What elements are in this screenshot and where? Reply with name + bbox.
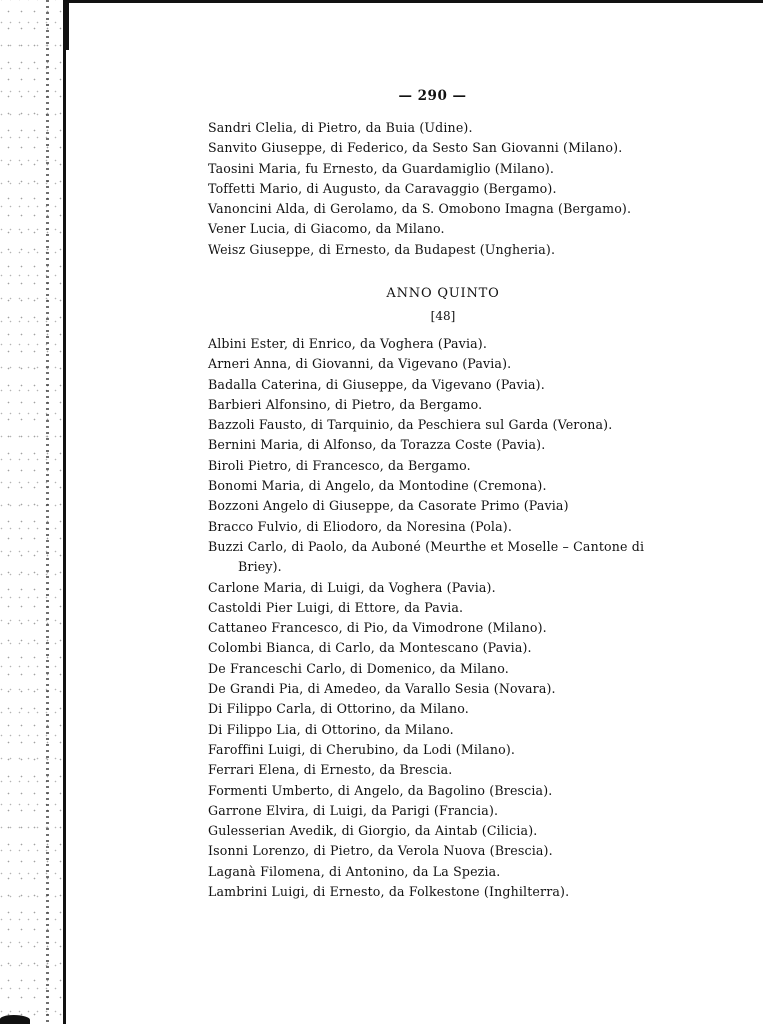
section-heading: ANNO QUINTO [208, 286, 678, 301]
list-item: Taosini Maria, fu Ernesto, da Guardamigl… [208, 159, 678, 179]
list-item: Bozzoni Angelo di Giuseppe, da Casorate … [208, 496, 678, 516]
scan-margin-noise [0, 0, 62, 1024]
list-item: Gulesserian Avedik, di Giorgio, da Ainta… [208, 821, 678, 841]
list-item: Ferrari Elena, di Ernesto, da Brescia. [208, 760, 678, 780]
page-edge-left-corner [63, 2, 69, 50]
list-item: Weisz Giuseppe, di Ernesto, da Budapest … [208, 240, 678, 260]
list-item: Castoldi Pier Luigi, di Ettore, da Pavia… [208, 598, 678, 618]
page-number: — 290 — [0, 88, 765, 104]
continued-name-list: Sandri Clelia, di Pietro, da Buia (Udine… [208, 118, 678, 260]
list-item: Isonni Lorenzo, di Pietro, da Verola Nuo… [208, 841, 678, 861]
list-item: Vanoncini Alda, di Gerolamo, da S. Omobo… [208, 199, 678, 219]
page-edge-top [63, 0, 763, 3]
list-item: Sanvito Giuseppe, di Federico, da Sesto … [208, 138, 678, 158]
list-item: Laganà Filomena, di Antonino, da La Spez… [208, 862, 678, 882]
list-item: Toffetti Mario, di Augusto, da Caravaggi… [208, 179, 678, 199]
list-item: De Grandi Pia, di Amedeo, da Varallo Ses… [208, 679, 678, 699]
list-item: Biroli Pietro, di Francesco, da Bergamo. [208, 456, 678, 476]
list-item: De Franceschi Carlo, di Domenico, da Mil… [208, 659, 678, 679]
section-count: [48] [208, 309, 678, 323]
list-item: Lambrini Luigi, di Ernesto, da Folkeston… [208, 882, 678, 902]
list-item: Formenti Umberto, di Angelo, da Bagolino… [208, 781, 678, 801]
list-item: Di Filippo Lia, di Ottorino, da Milano. [208, 720, 678, 740]
list-item: Faroffini Luigi, di Cherubino, da Lodi (… [208, 740, 678, 760]
list-item: Bazzoli Fausto, di Tarquinio, da Peschie… [208, 415, 678, 435]
list-item: Carlone Maria, di Luigi, da Voghera (Pav… [208, 578, 678, 598]
list-item: Bernini Maria, di Alfonso, da Torazza Co… [208, 435, 678, 455]
list-item: Buzzi Carlo, di Paolo, da Auboné (Meurth… [208, 537, 678, 578]
section-name-list: Albini Ester, di Enrico, da Voghera (Pav… [208, 334, 678, 902]
list-item: Albini Ester, di Enrico, da Voghera (Pav… [208, 334, 678, 354]
list-item: Vener Lucia, di Giacomo, da Milano. [208, 219, 678, 239]
scan-blot [0, 1015, 30, 1024]
scan-margin-dotted-line [46, 0, 49, 1024]
list-item: Bonomi Maria, di Angelo, da Montodine (C… [208, 476, 678, 496]
page-edge-left [63, 2, 66, 1024]
list-item: Badalla Caterina, di Giuseppe, da Vigeva… [208, 375, 678, 395]
list-item: Cattaneo Francesco, di Pio, da Vimodrone… [208, 618, 678, 638]
list-item: Barbieri Alfonsino, di Pietro, da Bergam… [208, 395, 678, 415]
list-item: Sandri Clelia, di Pietro, da Buia (Udine… [208, 118, 678, 138]
list-item: Arneri Anna, di Giovanni, da Vigevano (P… [208, 354, 678, 374]
list-item: Bracco Fulvio, di Eliodoro, da Noresina … [208, 517, 678, 537]
list-item: Colombi Bianca, di Carlo, da Montescano … [208, 638, 678, 658]
list-item: Di Filippo Carla, di Ottorino, da Milano… [208, 699, 678, 719]
list-item: Garrone Elvira, di Luigi, da Parigi (Fra… [208, 801, 678, 821]
